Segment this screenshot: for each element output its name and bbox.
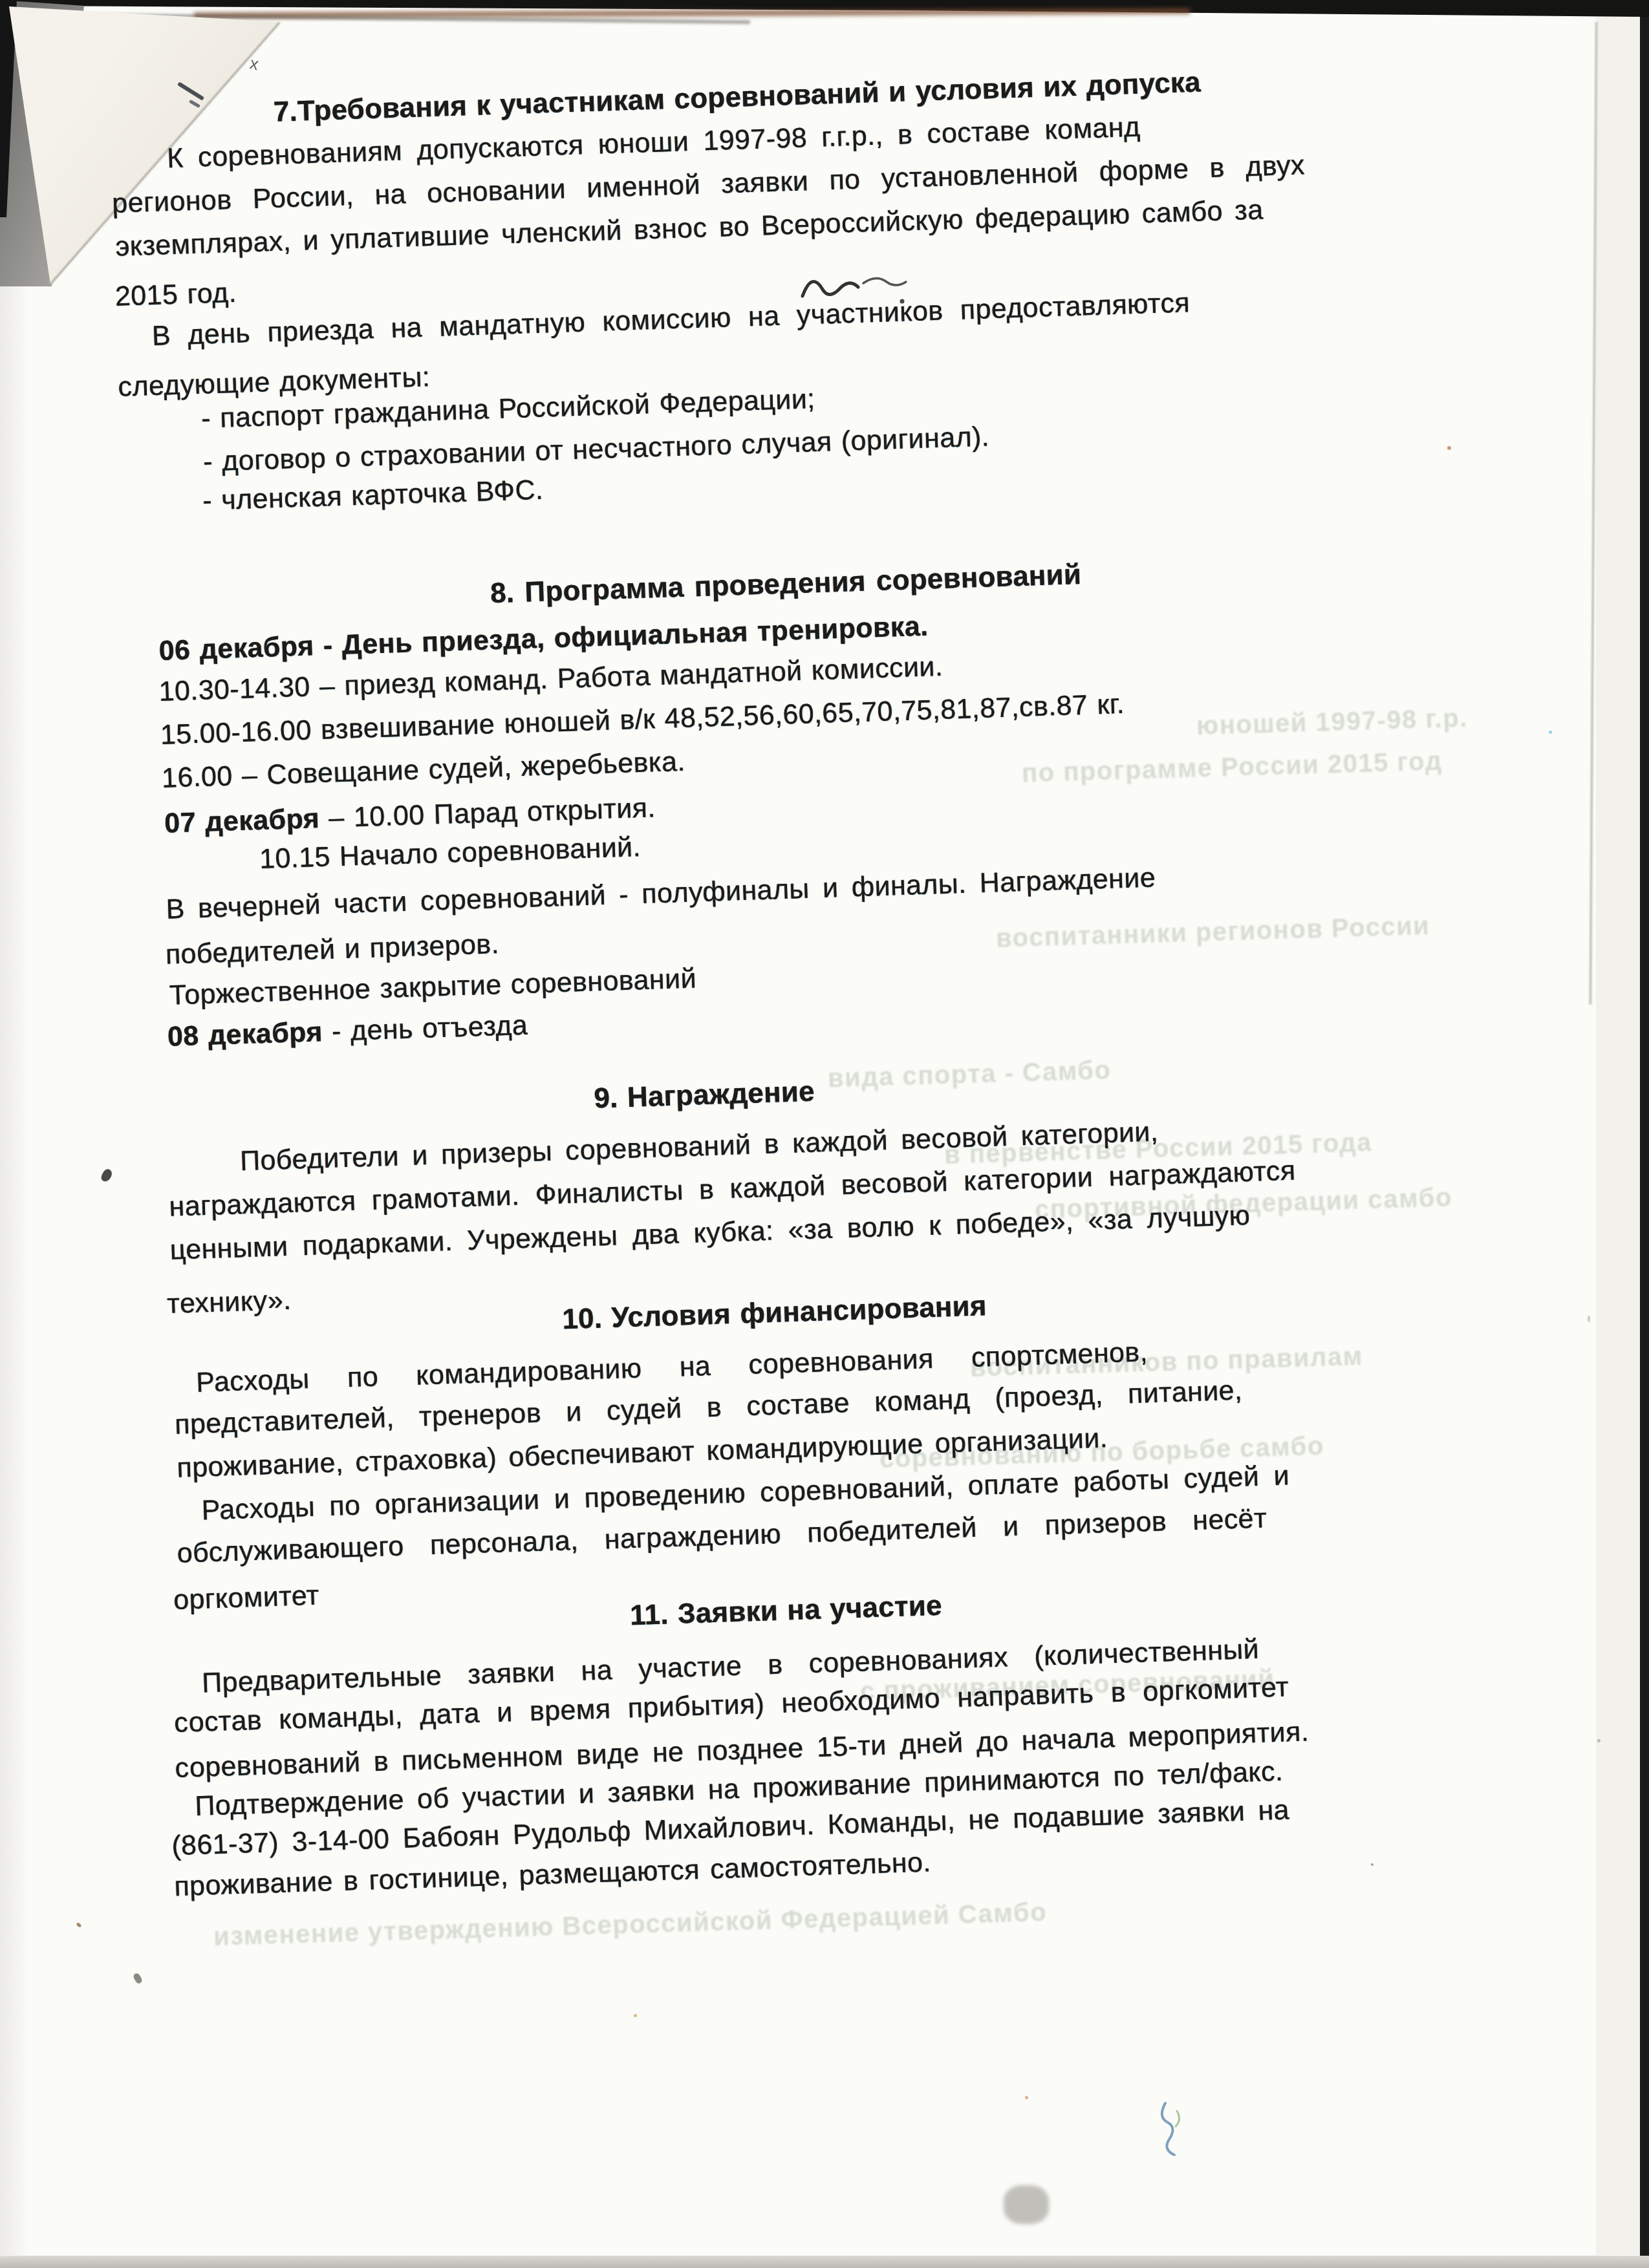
ink-blot <box>133 1973 144 1985</box>
text-run: 10. Условия финансирования <box>562 1290 987 1335</box>
text-run: технику». <box>167 1285 292 1320</box>
scan-speck <box>1025 2096 1028 2099</box>
paper-left-shadow <box>0 278 30 2256</box>
text-run: - членская карточка ВФС. <box>202 475 544 517</box>
text-run: 10.15 Начало соревнований. <box>259 831 641 875</box>
text-run: победителей и призеров. <box>165 928 500 970</box>
scanner-edge-bottom <box>0 2256 1649 2268</box>
text-run: 9. Награждение <box>594 1076 815 1115</box>
text-run: - день отъезда <box>322 1010 528 1047</box>
scan-speck <box>634 2014 637 2017</box>
text-run: 07 декабря <box>164 803 320 839</box>
pen-scribble-blue <box>1139 2098 1198 2169</box>
scanned-page: { "document": { "language": "ru", "block… <box>0 0 1649 2268</box>
text-run: 8. Программа проведения соревнований <box>490 559 1081 609</box>
ink-blot <box>100 1168 113 1183</box>
pen-mark: x <box>250 53 263 67</box>
pencil-smudge <box>1004 2185 1049 2224</box>
bleedthrough-text: изменение утверждению Всероссийской Феде… <box>213 1898 1048 1952</box>
text-run: 08 декабря <box>167 1016 323 1053</box>
text-run: оргкомитет <box>173 1580 319 1616</box>
text-run: 2015 год. <box>114 277 237 312</box>
document-text: 7.Требования к участникам соревнований и… <box>109 47 1649 1909</box>
text-run: 11. Заявки на участие <box>630 1590 943 1632</box>
scan-speck <box>76 1922 81 1928</box>
